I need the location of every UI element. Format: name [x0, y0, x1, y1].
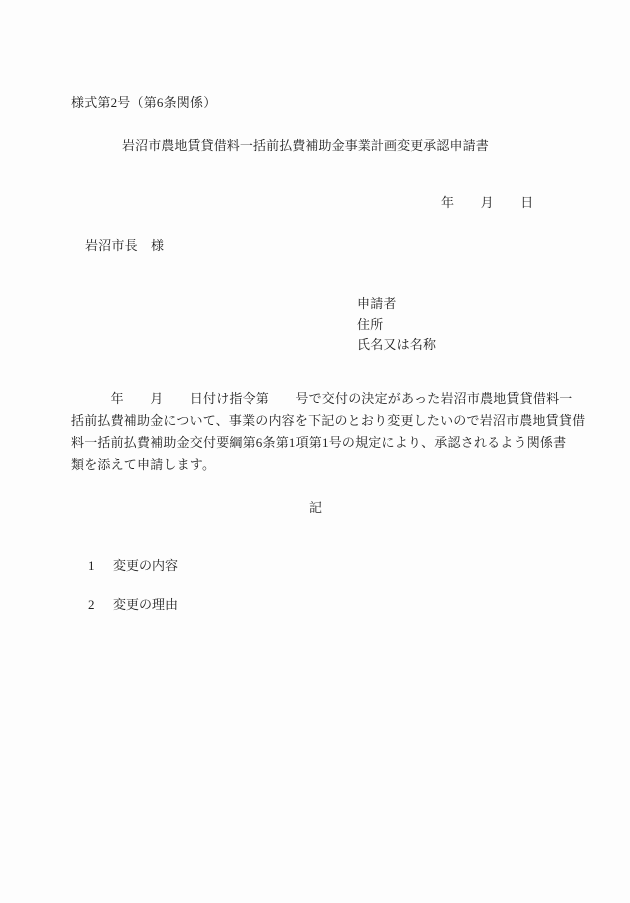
document-title: 岩沼市農地賃貸借料一括前払費補助金事業計画変更承認申請書 — [122, 138, 489, 153]
body-paragraph-line: 年 月 日付け指令第 号で交付の決定があった岩沼市農地賃貸借料一 — [71, 391, 572, 406]
record-heading: 記 — [71, 497, 560, 516]
applicant-label: 申請者 — [357, 296, 397, 311]
list-item-label: 変更の内容 — [113, 558, 178, 573]
applicant-name-label: 氏名又は名称 — [357, 337, 436, 352]
date-line: 年 月 日 — [441, 195, 533, 210]
body-paragraph-line: 括前払費補助金について、事業の内容を下記のとおり変更したいので岩沼市農地賃貸借 — [71, 413, 585, 428]
body-paragraph-line: 類を添えて申請します。 — [71, 457, 215, 472]
list-item-number: 2 — [88, 597, 113, 613]
document-page: 様式第2号（第6条関係） 岩沼市農地賃貸借料一括前払費補助金事業計画変更承認申請… — [0, 0, 630, 903]
body-paragraph-line: 料一括前払費補助金交付要綱第6条第1項第1号の規定により、承認されるよう関係書 — [71, 435, 566, 450]
list-item-change-reason: 2変更の理由 — [75, 578, 178, 629]
applicant-address-label: 住所 — [357, 317, 383, 332]
list-item-number: 1 — [88, 558, 113, 574]
addressee-line: 岩沼市長 様 — [85, 238, 164, 253]
form-number: 様式第2号（第6条関係） — [71, 95, 216, 110]
list-item-label: 変更の理由 — [113, 597, 178, 612]
